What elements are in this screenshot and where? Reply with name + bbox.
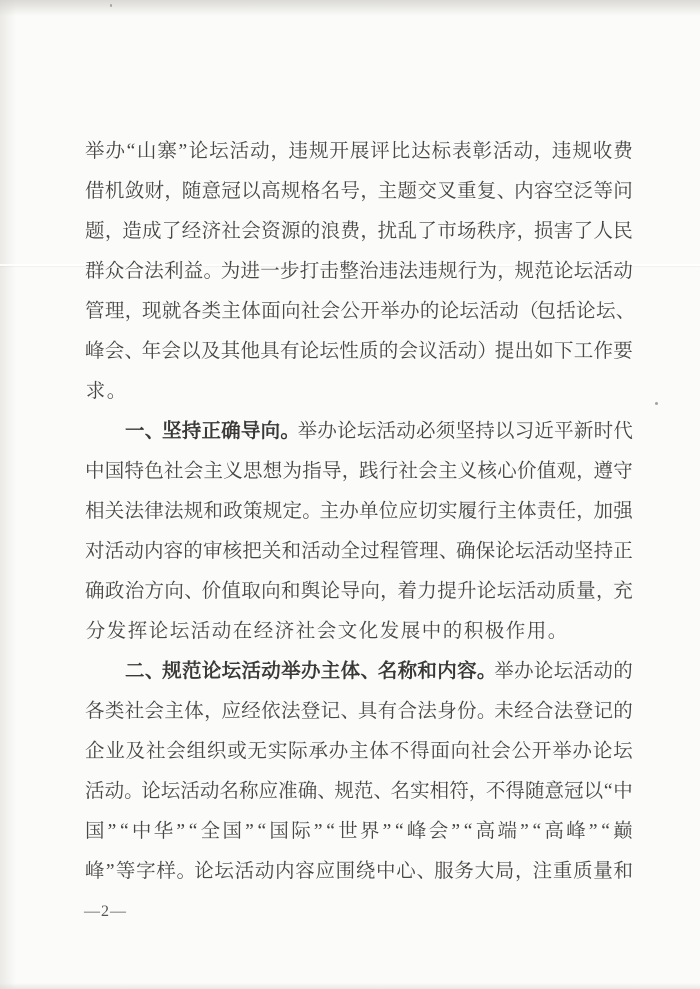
text-line-with-heading: 二、规范论坛活动举办主体、名称和内容。举办论坛活动的 [85,652,633,692]
scan-speck [655,402,658,405]
scan-shadow-left [0,0,16,989]
paragraph: 举办“山寨”论坛活动，违规开展评比达标表彰活动，违规收费借机敛财，随意冠以高规格… [85,132,633,412]
text-line: 峰会、年会以及其他具有论坛性质的会议活动）提出如下工作要 [85,332,633,372]
text-line: 管理，现就各类主体面向社会公开举办的论坛活动（包括论坛、 [85,292,633,332]
text-line: 分发挥论坛活动在经济社会文化发展中的积极作用。 [85,612,633,652]
scan-shadow-top [0,0,700,16]
text-line: 求。 [85,372,633,412]
scanned-document-page: 举办“山寨”论坛活动，违规开展评比达标表彰活动，违规收费借机敛财，随意冠以高规格… [0,0,700,989]
text-line: 题，造成了经济社会资源的浪费，扰乱了市场秩序，损害了人民 [85,212,633,252]
paragraph: 二、规范论坛活动举办主体、名称和内容。举办论坛活动的各类社会主体，应经依法登记、… [85,652,633,892]
page-number: —2— [84,903,127,921]
text-line-with-heading: 一、坚持正确导向。举办论坛活动必须坚持以习近平新时代 [85,412,633,452]
text-line: 对活动内容的审核把关和活动全过程管理、确保论坛活动坚持正 [85,532,633,572]
paragraph: 一、坚持正确导向。举办论坛活动必须坚持以习近平新时代中国特色社会主义思想为指导，… [85,412,633,652]
document-body: 举办“山寨”论坛活动，违规开展评比达标表彰活动，违规收费借机敛财，随意冠以高规格… [85,132,633,892]
scan-shadow-bottom [0,983,700,989]
text-line: 企业及社会组织或无实际承办主体不得面向社会公开举办论坛 [85,732,633,772]
text-line: 借机敛财，随意冠以高规格名号，主题交叉重复、内容空泛等问 [85,172,633,212]
text-line: 活动。论坛活动名称应准确、规范、名实相符，不得随意冠以“中 [85,772,633,812]
text-line: 相关法律法规和政策规定。主办单位应切实履行主体责任，加强 [85,492,633,532]
text-line: 国”“中华”“全国”“国际”“世界”“峰会”“高端”“高峰”“巅 [85,812,633,852]
text-line: 确政治方向、价值取向和舆论导向，着力提升论坛活动质量，充 [85,572,633,612]
text-line: 举办“山寨”论坛活动，违规开展评比达标表彰活动，违规收费 [85,132,633,172]
text-line: 各类社会主体，应经依法登记、具有合法身份。未经合法登记的 [85,692,633,732]
text-line: 群众合法利益。为进一步打击整治违法违规行为，规范论坛活动 [85,252,633,292]
text-line: 中国特色社会主义思想为指导，践行社会主义核心价值观，遵守 [85,452,633,492]
text-line: 峰”等字样。论坛活动内容应围绕中心、服务大局，注重质量和 [85,852,633,892]
scan-speck [110,4,112,7]
